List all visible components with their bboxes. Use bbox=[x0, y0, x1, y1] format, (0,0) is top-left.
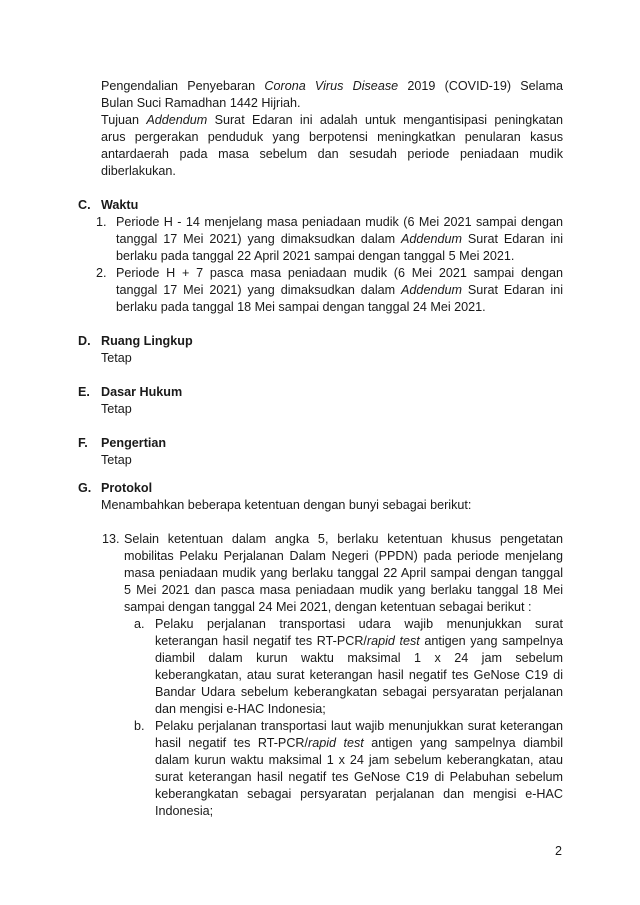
subitem-line: Pelaku perjalanan transportasi udara waj… bbox=[155, 616, 563, 633]
list-item-line: berlaku pada tanggal 18 Mei sampai denga… bbox=[116, 299, 486, 316]
section-e-letter: E. bbox=[78, 384, 90, 401]
intro-line: Bulan Suci Ramadhan 1442 Hijriah. bbox=[101, 95, 301, 112]
subitem-line: keberangkatan, atau surat keterangan has… bbox=[155, 667, 563, 684]
subitem-line: Pelaku perjalanan transportasi laut waji… bbox=[155, 718, 563, 735]
intro-line: Pengendalian Penyebaran Corona Virus Dis… bbox=[101, 78, 563, 95]
subitem-line: surat keterangan hasil negatif tes GeNos… bbox=[155, 769, 563, 786]
section-e-body: Tetap bbox=[101, 401, 132, 418]
section-f-title: Pengertian bbox=[101, 435, 166, 452]
section-g-letter: G. bbox=[78, 480, 91, 497]
intro-line: arus pergerakan penduduk yang berpotensi… bbox=[101, 129, 563, 146]
section-e-title: Dasar Hukum bbox=[101, 384, 182, 401]
provision-line: 5 Mei 2021 dan pasca masa peniadaan mudi… bbox=[124, 582, 563, 599]
section-g-body: Menambahkan beberapa ketentuan dengan bu… bbox=[101, 497, 471, 514]
list-number: 2. bbox=[96, 265, 107, 282]
subitem-line: keterangan hasil negatif tes RT-PCR/rapi… bbox=[155, 633, 563, 650]
list-item-line: berlaku pada tanggal 22 April 2021 sampa… bbox=[116, 248, 514, 265]
subitem-line: hasil negatif tes RT-PCR/rapid test anti… bbox=[155, 735, 563, 752]
provision-line: sampai dengan tanggal 24 Mei 2021, denga… bbox=[124, 599, 532, 616]
intro-line: antardaerah pada masa sebelum dan sesuda… bbox=[101, 146, 563, 163]
list-item-line: Periode H - 14 menjelang masa peniadaan … bbox=[116, 214, 563, 231]
page-number: 2 bbox=[555, 843, 562, 860]
document-page: Pengendalian Penyebaran Corona Virus Dis… bbox=[0, 0, 640, 905]
subitem-line: dan mengisi e-HAC Indonesia; bbox=[155, 701, 326, 718]
section-d-letter: D. bbox=[78, 333, 91, 350]
subitem-line: keberangkatan sebagai persyaratan perjal… bbox=[155, 786, 563, 803]
subitem-line: diambil dalam kurun waktu maksimal 1 x 2… bbox=[155, 650, 563, 667]
list-item-line: Periode H + 7 pasca masa peniadaan mudik… bbox=[116, 265, 563, 282]
subitem-letter: b. bbox=[134, 718, 145, 735]
intro-line: diberlakukan. bbox=[101, 163, 176, 180]
list-item-line: tanggal 17 Mei 2021) yang dimaksudkan da… bbox=[116, 231, 563, 248]
list-item-line: tanggal 17 Mei 2021) yang dimaksudkan da… bbox=[116, 282, 563, 299]
provision-line: mobilitas Pelaku Perjalanan Dalam Negeri… bbox=[124, 548, 563, 565]
section-d-body: Tetap bbox=[101, 350, 132, 367]
section-g-title: Protokol bbox=[101, 480, 152, 497]
provision-number: 13. bbox=[102, 531, 120, 548]
subitem-line: dalam kurun waktu maksimal 1 x 24 jam se… bbox=[155, 752, 563, 769]
section-c-letter: C. bbox=[78, 197, 91, 214]
subitem-letter: a. bbox=[134, 616, 145, 633]
section-d-title: Ruang Lingkup bbox=[101, 333, 193, 350]
intro-line: Tujuan Addendum Surat Edaran ini adalah … bbox=[101, 112, 563, 129]
section-f-body: Tetap bbox=[101, 452, 132, 469]
subitem-line: Bandar Udara sebelum keberangkatan sebag… bbox=[155, 684, 563, 701]
list-number: 1. bbox=[96, 214, 107, 231]
provision-line: masa peniadaan mudik yang berlaku tangga… bbox=[124, 565, 563, 582]
section-c-title: Waktu bbox=[101, 197, 138, 214]
subitem-line: Indonesia; bbox=[155, 803, 213, 820]
section-f-letter: F. bbox=[78, 435, 88, 452]
provision-line: Selain ketentuan dalam angka 5, berlaku … bbox=[124, 531, 563, 548]
